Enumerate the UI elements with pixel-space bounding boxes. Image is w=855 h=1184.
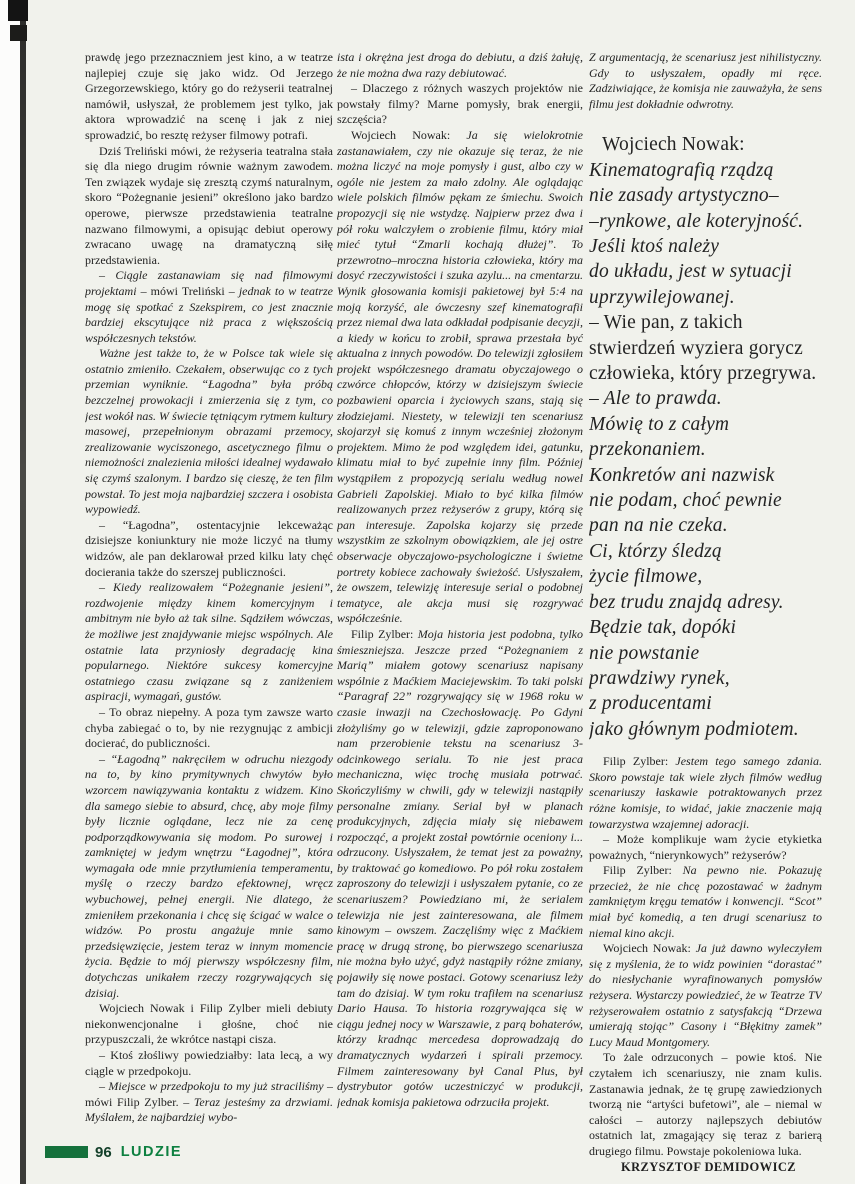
paragraph: Dziś Treliński mówi, że reżyseria teatra… xyxy=(85,144,333,269)
paragraph: ista i okrężna jest droga do debiutu, a … xyxy=(337,50,583,81)
text-segment: – Ktoś złośliwy powiedziałby: lata lecą,… xyxy=(85,1048,333,1078)
text-segment: –rynkowe, ale koteryjność. xyxy=(589,211,803,232)
text-segment: życie filmowe, xyxy=(589,566,702,587)
scan-edge-shadow xyxy=(20,0,26,1184)
text-segment: – Miejsce w przedpokoju to my już straci… xyxy=(99,1079,324,1093)
text-segment: pan na nie czeka. xyxy=(589,515,728,536)
text-segment: bez trudu znajdą adresy. xyxy=(589,592,784,613)
paragraph: Wojciech Nowak: Ja się wielokrotnie zast… xyxy=(337,128,583,627)
pullquote: – Ale to prawda.Mówię to z całymprzekona… xyxy=(589,386,822,742)
text-segment: – To obraz niepełny. A poza tym zawsze w… xyxy=(85,705,333,750)
text-segment: – mówi Treliński – xyxy=(137,284,239,298)
paragraph: To żale odrzuconych – powie ktoś. Nie cz… xyxy=(589,1050,822,1159)
paragraph: – Ciągle zastanawiam się nad filmowymi p… xyxy=(85,268,333,346)
scan-corner-mark xyxy=(10,25,27,41)
text-segment: człowieka, który przegrywa. xyxy=(589,363,816,384)
paragraph: – Dlaczego z różnych waszych projektów n… xyxy=(337,81,583,128)
text-segment: – Wie pan, z takich xyxy=(589,312,743,333)
text-segment: Ja już dawno wyleczyłem się z myślenia, … xyxy=(589,941,822,1049)
text-segment: – Kiedy realizowałem “Pożegnanie jesieni… xyxy=(85,580,333,703)
paragraph: prawdę jego przeznaczniem jest kino, a w… xyxy=(85,50,333,144)
magazine-name: LUDZIE xyxy=(121,1144,182,1160)
text-segment: Kinematografią rządzą xyxy=(589,160,774,181)
magazine-page: prawdę jego przeznaczniem jest kino, a w… xyxy=(0,0,855,1184)
page-footer: 96 LUDZIE xyxy=(45,1144,182,1160)
text-segment: Ja się wielokrotnie zastanawiałem, czy n… xyxy=(337,128,583,625)
text-segment: Dziś Treliński mówi, że reżyseria teatra… xyxy=(85,144,333,267)
paragraph: – Może komplikuje wam życie etykietka po… xyxy=(589,832,822,863)
text-segment: nie powstanie xyxy=(589,643,699,664)
text-segment: Będzie tak, dopóki xyxy=(589,617,736,638)
text-segment: Filip Zylber: xyxy=(603,863,683,877)
scan-background-edge xyxy=(0,0,20,1184)
paragraph: – “Łagodną” nakręciłem w odruchu niezgod… xyxy=(85,752,333,1002)
paragraph: – To obraz niepełny. A poza tym zawsze w… xyxy=(85,705,333,752)
text-segment: Konkretów ani nazwisk xyxy=(589,465,774,486)
pullquote: Wojciech Nowak: xyxy=(589,132,822,157)
text-segment: prawdę jego przeznaczniem jest kino, a w… xyxy=(85,50,333,142)
text-segment: z producentami xyxy=(589,693,712,714)
paragraph: Filip Zylber: Jestem tego samego zdania.… xyxy=(589,754,822,832)
text-segment: nie podam, choć pewnie xyxy=(589,490,782,511)
text-segment: Ci, którzy śledzą xyxy=(589,541,722,562)
paragraph: – Miejsce w przedpokoju to my już straci… xyxy=(85,1079,333,1126)
paragraph: Wojciech Nowak: Ja już dawno wyleczyłem … xyxy=(589,941,822,1050)
text-segment: – Może komplikuje wam życie etykietka po… xyxy=(589,832,822,862)
text-segment: Filip Zylber: xyxy=(351,627,418,641)
text-segment: – “Łagodną” nakręciłem w odruchu niezgod… xyxy=(85,752,333,1000)
article-column-1: prawdę jego przeznaczniem jest kino, a w… xyxy=(85,50,333,1152)
text-segment: uprzywilejowanej. xyxy=(589,287,735,308)
text-segment: prawdziwy rynek, xyxy=(589,668,730,689)
text-segment: ista i okrężna jest droga do debiutu, a … xyxy=(337,50,583,80)
text-segment: Filip Zylber: xyxy=(603,754,675,768)
text-segment: przekonaniem. xyxy=(589,439,706,460)
paragraph: Wojciech Nowak i Filip Zylber mieli debi… xyxy=(85,1001,333,1048)
paragraph: Filip Zylber: Na pewno nie. Pokazuję prz… xyxy=(589,863,822,941)
pullquote: – Wie pan, z takichstwierdzeń wyziera go… xyxy=(589,310,822,386)
paragraph: – Ktoś złośliwy powiedziałby: lata lecą,… xyxy=(85,1048,333,1079)
paragraph: Z argumentacją, że scenariusz jest nihil… xyxy=(589,50,822,112)
paragraph: – Kiedy realizowałem “Pożegnanie jesieni… xyxy=(85,580,333,705)
text-segment: To żale odrzuconych – powie ktoś. Nie cz… xyxy=(589,1050,822,1158)
text-segment: – “Łagodna”, ostentacyjnie lekceważąc dz… xyxy=(85,518,333,579)
text-segment: do układu, jest w sytuacji xyxy=(589,261,792,282)
paragraph: – “Łagodna”, ostentacyjnie lekceważąc dz… xyxy=(85,518,333,580)
text-segment: – Ale to prawda. xyxy=(589,388,722,409)
article-column-2: ista i okrężna jest droga do debiutu, a … xyxy=(337,50,583,1152)
text-segment: Wojciech Nowak: xyxy=(603,941,696,955)
text-segment: Moja historia jest podobna, tylko śmiesz… xyxy=(337,627,583,1109)
footer-green-block xyxy=(45,1146,88,1158)
paragraph: Ważne jest także to, że w Polsce tak wie… xyxy=(85,346,333,518)
text-segment: jako głównym podmiotem. xyxy=(589,719,799,740)
article-column-3: Z argumentacją, że scenariusz jest nihil… xyxy=(589,50,822,1176)
text-segment: Mówię to z całym xyxy=(589,414,729,435)
paragraph: Filip Zylber: Moja historia jest podobna… xyxy=(337,627,583,1110)
page-number: 96 xyxy=(95,1144,112,1161)
text-segment: Z argumentacją, że scenariusz jest nihil… xyxy=(589,50,822,111)
text-segment: stwierdzeń wyziera gorycz xyxy=(589,338,803,359)
scan-corner-mark xyxy=(8,0,28,21)
text-segment: Wojciech Nowak: xyxy=(602,134,745,155)
byline: KRZYSZTOF DEMIDOWICZ xyxy=(589,1160,822,1176)
text-segment: Wojciech Nowak: xyxy=(351,128,466,142)
text-segment: KRZYSZTOF DEMIDOWICZ xyxy=(621,1160,796,1174)
text-segment: – Dlaczego z różnych waszych projektów n… xyxy=(337,81,583,126)
pullquote: Kinematografią rządząnie zasady artystyc… xyxy=(589,158,822,310)
text-segment: Wojciech Nowak i Filip Zylber mieli debi… xyxy=(85,1001,333,1046)
text-segment: nie zasady artystyczno– xyxy=(589,185,779,206)
text-segment: Ważne jest także to, że w Polsce tak wie… xyxy=(85,346,333,516)
text-segment: Jeśli ktoś należy xyxy=(589,236,719,257)
